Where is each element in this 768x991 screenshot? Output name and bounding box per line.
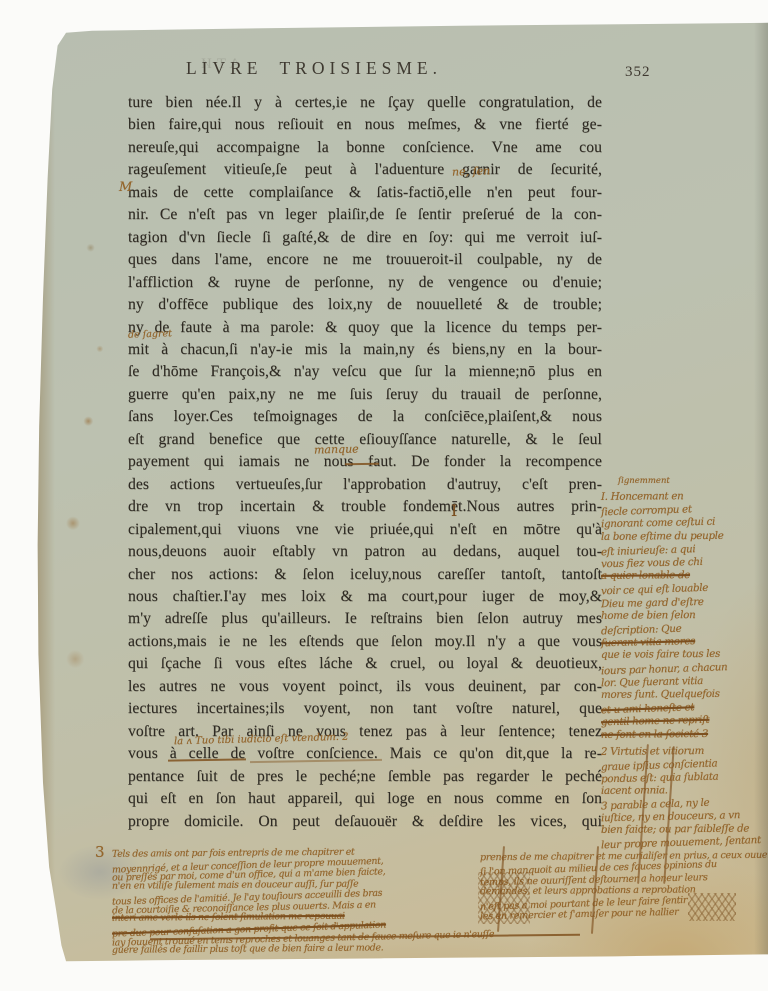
paper-sheet: ATИ LIVRE TROISIESME. 352 ture bien née.… xyxy=(0,0,768,991)
printed-line: l'affliction & ruyne de perſonne, ny de … xyxy=(128,272,602,294)
printed-line: ny de faute à ma parole: & quoy que la l… xyxy=(128,317,602,339)
interlinear-correction: manque xyxy=(314,442,359,456)
margin-note-line: ne font en la ſocieté 3 xyxy=(601,727,768,742)
printed-line: pentance ſuit de pres le peché;ne ſemble… xyxy=(128,766,602,788)
crosshatch-mark xyxy=(478,872,530,924)
running-title: LIVRE TROISIESME. xyxy=(0,58,628,79)
printed-line: iectures incertaines;ils voyent, non tan… xyxy=(128,698,602,720)
printed-line: rageuſement vitieuſe,ſe peut à l'aduentu… xyxy=(128,159,602,181)
printed-line: guerre qu'en paix,ny ne me ſuis ſeruy du… xyxy=(128,384,602,406)
printed-line: eſt grand benefice que cette eſiouyſſanc… xyxy=(128,429,602,451)
printed-line: mais de cette complaiſance & ſatis-facti… xyxy=(128,182,602,204)
margin-notes-block-2: 2 Virtutis et vitiorumgraue ipſius conſc… xyxy=(601,745,768,849)
printed-line: nous chaſtier.I'ay mes loix & ma court,p… xyxy=(128,586,602,608)
printed-line: mit à chacun,ſi n'ay-ie mis la main,ny é… xyxy=(128,339,602,361)
printed-line: propre domicile. On peut deſauouër & deſ… xyxy=(128,811,602,833)
printed-line: ſe d'hōme François,& n'ay veſcu que ſur … xyxy=(128,361,602,383)
margin-notes-block: I. Honcemant enſiecle corrompu etignoran… xyxy=(601,490,768,741)
printed-line: ſans loyer.Ces teſmoignages de la conſci… xyxy=(128,406,602,428)
printed-line: qui ſçache ſi vous eſtes láche & cruel, … xyxy=(128,653,602,675)
interlinear-correction: ne, ſen xyxy=(452,164,491,178)
printed-line: nir. Ce n'eſt pas vn leger plaiſir,de ſe… xyxy=(128,204,602,226)
printed-line: cher nos actions: & ſelon iceluy,nous ca… xyxy=(128,564,602,586)
printed-line: les autres ne vous voyent poinct, ils vo… xyxy=(128,676,602,698)
printed-line: actions,mais ie ne les eſtends que ſelon… xyxy=(128,631,602,653)
addition-marker: 3 xyxy=(95,843,105,861)
margin-note-heading: ſignemment xyxy=(618,476,670,486)
scanned-book-page: ATИ LIVRE TROISIESME. 352 ture bien née.… xyxy=(0,0,768,991)
manuscript-line: guere faillés de faillir plus toſt que d… xyxy=(112,943,512,957)
insertion-mark: I xyxy=(451,501,457,520)
printed-line: nereuſe,qui accompaigne la bonne conſcie… xyxy=(128,137,602,159)
printed-line: qui eſt en ſon haut appareil, qui loge e… xyxy=(128,788,602,810)
printed-line: m'y adreſſe plus qu'ailleurs. Ie reſtrai… xyxy=(128,608,602,630)
printed-line: dre vn trop incertain & trouble fondemēt… xyxy=(128,496,602,518)
margin-correction-m: M xyxy=(119,180,132,195)
interlinear-correction: de ſagret xyxy=(128,328,172,341)
crosshatch-mark xyxy=(688,893,736,921)
printed-line: cipalement,qui viuons vne vie priuée,qui… xyxy=(128,519,602,541)
printed-line: bien faire,qui nous reſiouit en nous meſ… xyxy=(128,114,602,136)
printed-line: nous,deuons auoir eſtably vn patron au d… xyxy=(128,541,602,563)
printed-line: ture bien née.Il y à certes,ie ne ſçay q… xyxy=(128,92,602,114)
printed-line: ques dans l'ame, encore ne me trouueroit… xyxy=(128,249,602,271)
printed-line: des actions vertueuſes,ſur l'approbation… xyxy=(128,474,602,496)
printed-line: tagion d'vn ſiecle ſi gaſté,& de dire en… xyxy=(128,227,602,249)
page-number: 352 xyxy=(625,64,651,81)
printed-line: ny d'offēce publique des loix,ny de nouu… xyxy=(128,294,602,316)
